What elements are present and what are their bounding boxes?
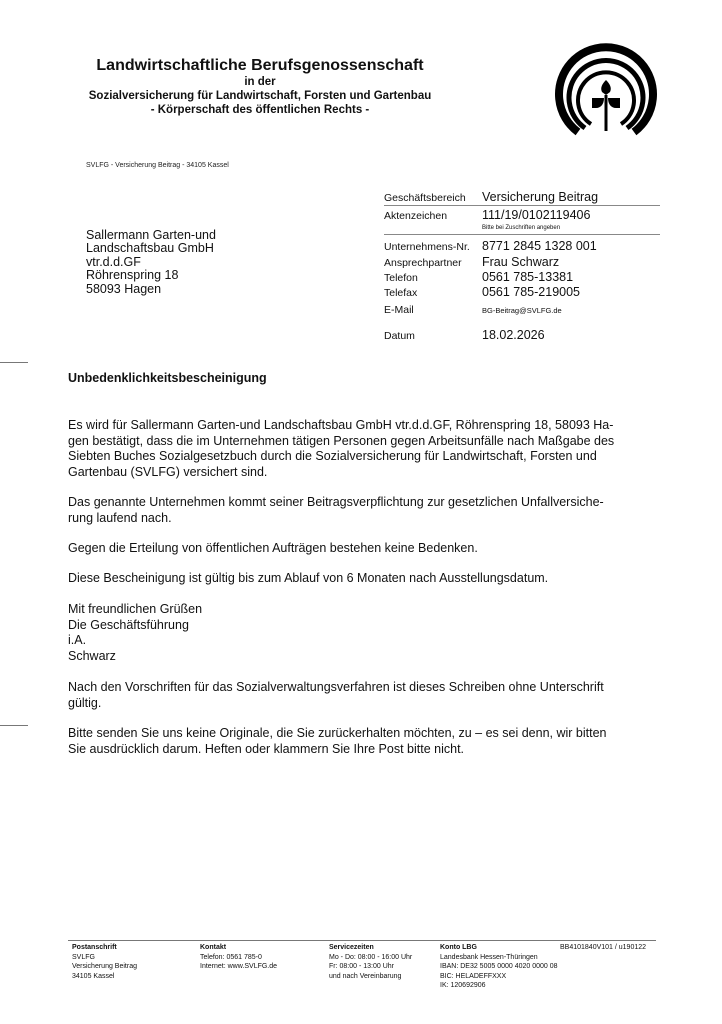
aktenzeichen-hint: Bitte bei Zuschriften angeben <box>384 222 660 235</box>
fold-mark <box>0 362 28 363</box>
body-line: i.A. <box>68 633 660 649</box>
svlfg-logo-icon <box>552 40 660 140</box>
footer-line: SVLFG <box>72 953 137 963</box>
info-label: Datum <box>384 330 482 342</box>
info-value: 111/19/0102119406 <box>482 208 590 222</box>
paragraph-no-objection: Gegen die Erteilung von öffentlichen Auf… <box>68 541 660 557</box>
info-label: Ansprechpartner <box>384 257 482 270</box>
body-line: Mit freundlichen Grüßen <box>68 602 660 618</box>
body-line: Siebten Buches Sozialgesetzbuch durch di… <box>68 449 660 465</box>
footer-servicezeiten: Servicezeiten Mo - Do: 08:00 - 16:00 Uhr… <box>329 943 412 981</box>
letterhead: Landwirtschaftliche Berufsgenossenschaft… <box>60 56 460 117</box>
info-value: Versicherung Beitrag <box>482 190 598 204</box>
body-line: Es wird für Sallermann Garten-und Landsc… <box>68 418 660 434</box>
info-row-aktenzeichen: Aktenzeichen 111/19/0102119406 <box>384 208 660 222</box>
footer-link[interactable]: Internet: www.SVLFG.de <box>200 962 277 972</box>
paragraph-originals-notice: Bitte senden Sie uns keine Originale, di… <box>68 726 660 757</box>
footer-line: Versicherung Beitrag <box>72 962 137 972</box>
footer-heading: Servicezeiten <box>329 943 412 953</box>
info-row-telefon: Telefon 0561 785-13381 <box>384 270 660 285</box>
recipient-line: Landschaftsbau GmbH <box>86 242 216 255</box>
footer-line: Landesbank Hessen-Thüringen <box>440 953 558 963</box>
body-line: Bitte senden Sie uns keine Originale, di… <box>68 726 660 742</box>
footer-line: Fr: 08:00 - 13:00 Uhr <box>329 962 412 972</box>
info-label: Aktenzeichen <box>384 210 482 222</box>
info-value: 18.02.2026 <box>482 328 545 342</box>
info-value: 8771 2845 1328 001 <box>482 239 597 253</box>
info-label: Telefax <box>384 286 482 300</box>
footer-postanschrift: Postanschrift SVLFG Versicherung Beitrag… <box>72 943 137 981</box>
footer-line: IBAN: DE32 5005 0000 4020 0000 08 <box>440 962 558 972</box>
body-line: Das genannte Unternehmen kommt seiner Be… <box>68 495 660 511</box>
info-row-unternehmensnr: Unternehmens-Nr. 8771 2845 1328 001 <box>384 239 660 253</box>
recipient-line: Röhrenspring 18 <box>86 269 216 282</box>
body-line: Diese Bescheinigung ist gültig bis zum A… <box>68 571 660 587</box>
body-line: rung laufend nach. <box>68 511 660 527</box>
sender-return-address: SVLFG - Versicherung Beitrag - 34105 Kas… <box>86 162 229 169</box>
info-row-datum: Datum 18.02.2026 <box>384 328 660 342</box>
letterhead-line4: - Körperschaft des öffentlichen Rechts - <box>60 103 460 117</box>
footer-heading: Postanschrift <box>72 943 137 953</box>
paragraph-validity: Diese Bescheinigung ist gültig bis zum A… <box>68 571 660 587</box>
footer-heading: Kontakt <box>200 943 277 953</box>
reference-info-block: Geschäftsbereich Versicherung Beitrag Ak… <box>384 190 660 342</box>
footer-line: Telefon: 0561 785-0 <box>200 953 277 963</box>
paragraph-contribution: Das genannte Unternehmen kommt seiner Be… <box>68 495 660 526</box>
paragraph-no-signature: Nach den Vorschriften für das Sozialverw… <box>68 680 660 711</box>
body-line: Gartenbau (SVLFG) versichert sind. <box>68 465 660 481</box>
info-row-email: E-Mail BG-Beitrag@SVLFG.de <box>384 304 660 316</box>
info-label: Unternehmens-Nr. <box>384 241 482 253</box>
info-value: 0561 785-219005 <box>482 285 580 299</box>
closing-signature: Mit freundlichen Grüßen Die Geschäftsfüh… <box>68 602 660 664</box>
info-label: E-Mail <box>384 304 482 316</box>
footer-line: IK: 120692906 <box>440 981 558 991</box>
info-row-ansprechpartner: Ansprechpartner Frau Schwarz <box>384 256 660 270</box>
letterhead-title: Landwirtschaftliche Berufsgenossenschaft <box>60 56 460 75</box>
footer-line: BIC: HELADEFFXXX <box>440 972 558 982</box>
footer-line: 34105 Kassel <box>72 972 137 982</box>
info-label: Telefon <box>384 271 482 285</box>
recipient-line: vtr.d.d.GF <box>86 256 216 269</box>
footer-heading: Konto LBG <box>440 943 558 953</box>
recipient-line: 58093 Hagen <box>86 283 216 296</box>
fold-mark <box>0 725 28 726</box>
footer-line: und nach Vereinbarung <box>329 972 412 982</box>
email-link[interactable]: BG-Beitrag@SVLFG.de <box>482 306 562 315</box>
info-row-telefax: Telefax 0561 785-219005 <box>384 285 660 300</box>
footer-line: Mo - Do: 08:00 - 16:00 Uhr <box>329 953 412 963</box>
body-line: Sie ausdrücklich darum. Heften oder klam… <box>68 742 660 758</box>
footer-kontakt: Kontakt Telefon: 0561 785-0 Internet: ww… <box>200 943 277 972</box>
body-line: Die Geschäftsführung <box>68 618 660 634</box>
info-value: 0561 785-13381 <box>482 270 573 284</box>
recipient-line: Sallermann Garten-und <box>86 229 216 242</box>
body-line: Nach den Vorschriften für das Sozialverw… <box>68 680 660 696</box>
body-line: Schwarz <box>68 649 660 665</box>
letterhead-line3: Sozialversicherung für Landwirtschaft, F… <box>60 89 460 103</box>
footer-doc-code: BB4101840V101 / u190122 <box>560 943 646 953</box>
footer-divider <box>68 940 656 941</box>
body-line: gen bestätigt, dass die im Unternehmen t… <box>68 434 660 450</box>
info-value: Frau Schwarz <box>482 256 559 269</box>
recipient-address: Sallermann Garten-und Landschaftsbau Gmb… <box>86 229 216 296</box>
info-label: Geschäftsbereich <box>384 192 482 204</box>
footer-konto: Konto LBG Landesbank Hessen-Thüringen IB… <box>440 943 558 991</box>
body-line: gültig. <box>68 696 660 712</box>
body-line: Gegen die Erteilung von öffentlichen Auf… <box>68 541 660 557</box>
info-row-geschaeftsbereich: Geschäftsbereich Versicherung Beitrag <box>384 190 660 206</box>
letterhead-line2: in der <box>60 75 460 89</box>
letter-subject: Unbedenklichkeitsbescheinigung <box>68 371 267 385</box>
paragraph-confirmation: Es wird für Sallermann Garten-und Landsc… <box>68 418 660 480</box>
